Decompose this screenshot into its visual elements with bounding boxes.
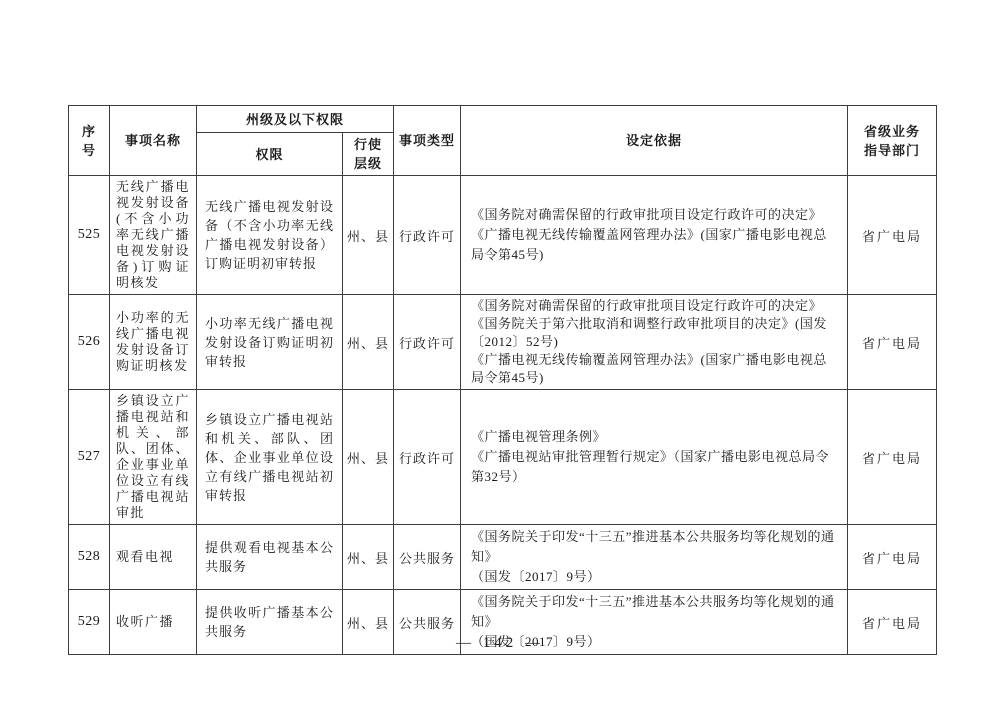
admin-items-table: 序 号 事项名称 州级及以下权限 事项类型 设定依据 省级业务 指导部门 权限 … [68,105,937,655]
cell-serial: 526 [69,295,110,390]
cell-type: 公共服务 [394,525,461,590]
document-page: 序 号 事项名称 州级及以下权限 事项类型 设定依据 省级业务 指导部门 权限 … [0,0,1000,707]
cell-basis: 《国务院对确需保留的行政审批项目设定行政许可的决定》 《广播电视无线传输覆盖网管… [461,176,848,295]
cell-authority: 乡镇设立广播电视站和机关、部队、团体、企业事业单位设立有线广播电视站初审转报 [197,390,343,525]
cell-item-name: 乡镇设立广播电视站和机关、部队、团体、企业事业单位设立有线广播电视站审批 [110,390,197,525]
cell-dept: 省广电局 [848,390,937,525]
header-item-type: 事项类型 [394,106,461,176]
header-prefecture-group: 州级及以下权限 [197,106,394,133]
cell-level: 州、县 [343,390,394,525]
page-number: — 142 — [0,635,1000,652]
cell-type: 行政许可 [394,176,461,295]
cell-basis: 《国务院关于印发“十三五”推进基本公共服务均等化规划的通知》 （国发〔2017〕… [461,525,848,590]
table-row: 526 小功率的无线广播电视发射设备订购证明核发 小功率无线广播电视发射设备订购… [69,295,937,390]
cell-basis: 《广播电视管理条例》 《广播电视站审批管理暂行规定》（国家广播电影电视总局令第3… [461,390,848,525]
cell-serial: 527 [69,390,110,525]
header-dept: 省级业务 指导部门 [848,106,937,176]
table-row: 527 乡镇设立广播电视站和机关、部队、团体、企业事业单位设立有线广播电视站审批… [69,390,937,525]
header-item-name: 事项名称 [110,106,197,176]
header-serial: 序 号 [69,106,110,176]
cell-level: 州、县 [343,176,394,295]
cell-level: 州、县 [343,295,394,390]
cell-authority: 小功率无线广播电视发射设备订购证明初审转报 [197,295,343,390]
cell-type: 行政许可 [394,390,461,525]
header-authority: 权限 [197,133,343,176]
cell-dept: 省广电局 [848,295,937,390]
cell-authority: 无线广播电视发射设备（不含小功率无线广播电视发射设备）订购证明初审转报 [197,176,343,295]
cell-item-name: 观看电视 [110,525,197,590]
cell-authority: 提供观看电视基本公共服务 [197,525,343,590]
cell-level: 州、县 [343,525,394,590]
table-row: 528 观看电视 提供观看电视基本公共服务 州、县 公共服务 《国务院关于印发“… [69,525,937,590]
header-row-top: 序 号 事项名称 州级及以下权限 事项类型 设定依据 省级业务 指导部门 [69,106,937,133]
cell-basis: 《国务院对确需保留的行政审批项目设定行政许可的决定》 《国务院关于第六批取消和调… [461,295,848,390]
cell-item-name: 无线广播电视发射设备(不含小功率无线广播电视发射设备)订购证明核发 [110,176,197,295]
cell-item-name: 小功率的无线广播电视发射设备订购证明核发 [110,295,197,390]
cell-serial: 525 [69,176,110,295]
cell-serial: 528 [69,525,110,590]
table-row: 525 无线广播电视发射设备(不含小功率无线广播电视发射设备)订购证明核发 无线… [69,176,937,295]
cell-type: 行政许可 [394,295,461,390]
cell-dept: 省广电局 [848,176,937,295]
cell-dept: 省广电局 [848,525,937,590]
header-exercise-level: 行使 层级 [343,133,394,176]
header-basis: 设定依据 [461,106,848,176]
